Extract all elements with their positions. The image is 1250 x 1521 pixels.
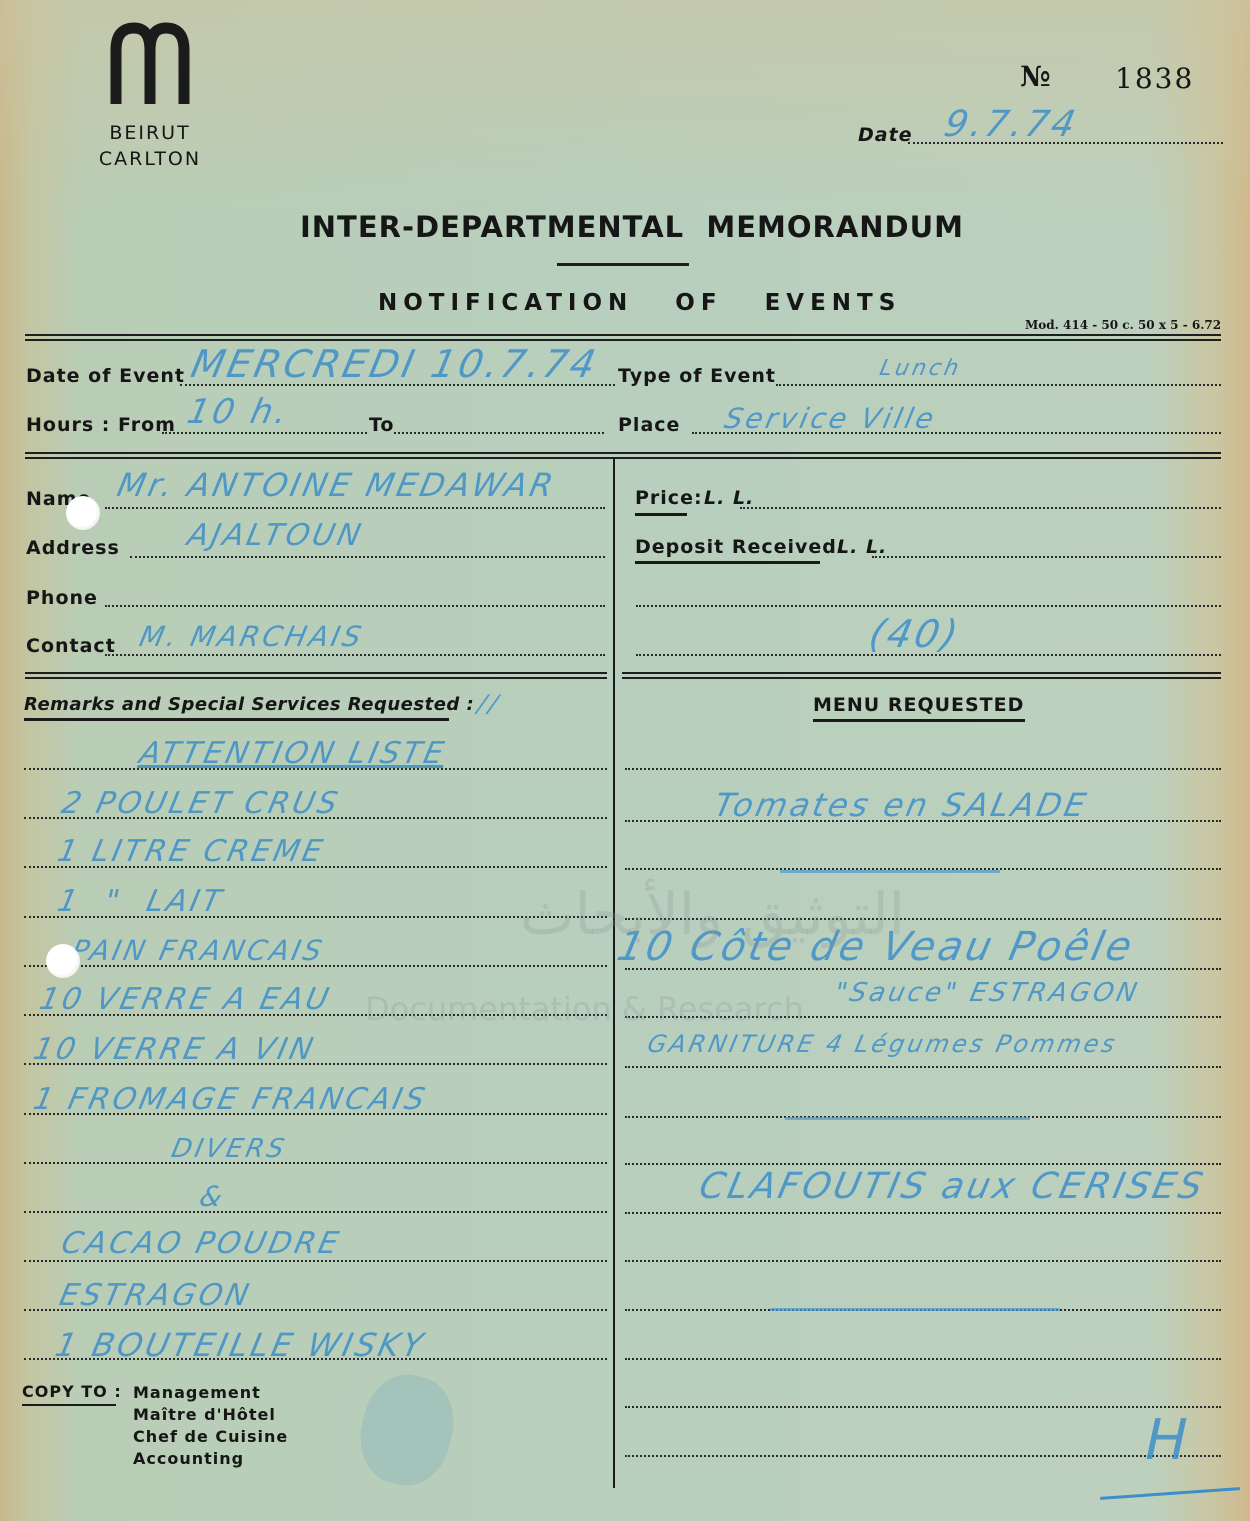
copy-to-underline — [22, 1404, 116, 1406]
menu-underline — [813, 719, 1025, 722]
menu-item[interactable]: GARNITURE 4 Légumes Pommes — [645, 1030, 1120, 1058]
name-line — [105, 507, 605, 509]
remarks-item[interactable]: 2 POULET CRUS — [58, 786, 343, 821]
client-rule-right — [622, 672, 1221, 679]
remarks-item[interactable]: 1 LITRE CREME — [54, 834, 328, 869]
client-rule-left — [25, 672, 607, 679]
remarks-item[interactable]: ESTRAGON — [56, 1278, 254, 1313]
price-label: Price: — [635, 487, 703, 509]
menu-item[interactable]: CLAFOUTIS aux CERISES — [696, 1166, 1209, 1207]
date-value[interactable]: 9.7.74 — [941, 104, 1082, 145]
remarks-heading: Remarks and Special Services Requested : — [24, 694, 474, 715]
deposit-underline — [635, 561, 820, 564]
remarks-item[interactable]: PAIN FRANCAIS — [68, 934, 327, 967]
copy-recipient: Accounting — [133, 1448, 288, 1470]
copy-recipient: Management — [133, 1382, 288, 1404]
remarks-item[interactable]: DIVERS — [169, 1134, 290, 1164]
hours-from-value[interactable]: 10 h. — [184, 392, 294, 432]
remarks-item[interactable]: 1 BOUTEILLE WISKY — [52, 1326, 429, 1364]
menu-line — [625, 1455, 1221, 1457]
punch-hole — [46, 944, 80, 978]
place-value[interactable]: Service Ville — [721, 402, 939, 435]
copy-to-label: COPY TO : — [22, 1382, 122, 1401]
deposit-label: Deposit Received: — [635, 536, 845, 558]
hours-from-label: Hours : From — [26, 414, 176, 436]
archive-watermark-arabic: التوثيق والأبحاث — [520, 880, 905, 948]
remarks-item[interactable]: 1 FROMAGE FRANCAIS — [30, 1082, 430, 1117]
hours-from-line — [162, 432, 367, 434]
price-currency: L. L. — [704, 487, 754, 509]
title-divider — [557, 263, 689, 266]
type-of-event-value[interactable]: Lunch — [877, 356, 964, 381]
ink-smudge — [352, 1367, 463, 1493]
contact-value[interactable]: M. MARCHAIS — [136, 620, 367, 653]
menu-separator — [780, 870, 1000, 873]
remarks-item[interactable]: 10 VERRE A VIN — [30, 1032, 319, 1067]
date-label: Date — [858, 124, 913, 146]
hotel-name-line2: CARLTON — [80, 148, 220, 170]
header-rule — [25, 334, 1221, 341]
menu-heading: MENU REQUESTED — [813, 694, 1024, 716]
copy-recipient: Maître d'Hôtel — [133, 1404, 288, 1426]
menu-line — [625, 1066, 1221, 1068]
payment-blank-line-1 — [636, 605, 1221, 607]
date-of-event-value[interactable]: MERCREDI 10.7.74 — [187, 342, 602, 386]
copy-to-list: Management Maître d'Hôtel Chef de Cuisin… — [133, 1382, 288, 1470]
signature-stroke — [1100, 1487, 1240, 1500]
memo-number: 1838 — [1115, 62, 1194, 95]
address-label: Address — [26, 537, 120, 559]
hotel-name-line1: BEIRUT — [80, 122, 220, 144]
column-divider — [613, 458, 615, 1488]
remarks-item[interactable]: 10 VERRE A EAU — [36, 982, 334, 1017]
menu-line — [625, 1260, 1221, 1262]
menu-separator — [785, 1117, 1030, 1120]
price-underline — [635, 513, 687, 516]
signature: H — [1138, 1408, 1197, 1473]
menu-item[interactable]: Tomates en SALADE — [711, 786, 1092, 824]
place-label: Place — [618, 414, 680, 436]
name-value[interactable]: Mr. ANTOINE MEDAWAR — [114, 466, 560, 504]
remarks-line — [24, 1162, 607, 1164]
contact-label: Contact — [26, 635, 116, 657]
contact-line — [105, 654, 605, 656]
archive-watermark: Documentation & Research — [365, 990, 804, 1028]
deposit-currency: L. L. — [837, 536, 887, 558]
remarks-underline — [24, 718, 449, 721]
date-of-event-label: Date of Event — [26, 365, 185, 387]
hours-to-label: To — [369, 414, 395, 436]
form-code: Mod. 414 - 50 c. 50 x 5 - 6.72 — [1025, 318, 1221, 332]
menu-line — [625, 768, 1221, 770]
remarks-line — [24, 1211, 607, 1213]
type-of-event-label: Type of Event — [618, 365, 776, 387]
deposit-line[interactable] — [872, 556, 1221, 558]
menu-line — [625, 1406, 1221, 1408]
address-value[interactable]: AJALTOUN — [184, 518, 366, 553]
page-title: INTER-DEPARTMENTAL MEMORANDUM — [300, 210, 964, 244]
menu-line — [625, 1358, 1221, 1360]
address-line — [130, 556, 605, 558]
type-of-event-line — [776, 384, 1221, 386]
remarks-item[interactable]: ATTENTION LISTE — [136, 736, 449, 771]
event-rule — [25, 452, 1221, 459]
remarks-item[interactable]: 1 " LAIT — [54, 884, 227, 919]
hours-to-line — [394, 432, 604, 434]
remarks-item[interactable]: & — [196, 1180, 228, 1213]
number-label: № — [1020, 60, 1050, 93]
guest-count[interactable]: (40) — [865, 612, 964, 656]
punch-hole — [66, 496, 100, 530]
page-subtitle: NOTIFICATION OF EVENTS — [378, 290, 901, 316]
phone-label: Phone — [26, 587, 98, 609]
remarks-item[interactable]: CACAO POUDRE — [58, 1226, 344, 1261]
menu-line — [625, 1212, 1221, 1214]
copy-recipient: Chef de Cuisine — [133, 1426, 288, 1448]
menu-separator — [770, 1308, 1060, 1311]
hotel-logo-icon — [110, 22, 190, 104]
menu-item[interactable]: "Sauce" ESTRAGON — [832, 978, 1143, 1008]
phone-line — [105, 605, 605, 607]
menu-line — [625, 1163, 1221, 1165]
price-line[interactable] — [740, 507, 1221, 509]
remarks-mark: // — [475, 690, 503, 718]
